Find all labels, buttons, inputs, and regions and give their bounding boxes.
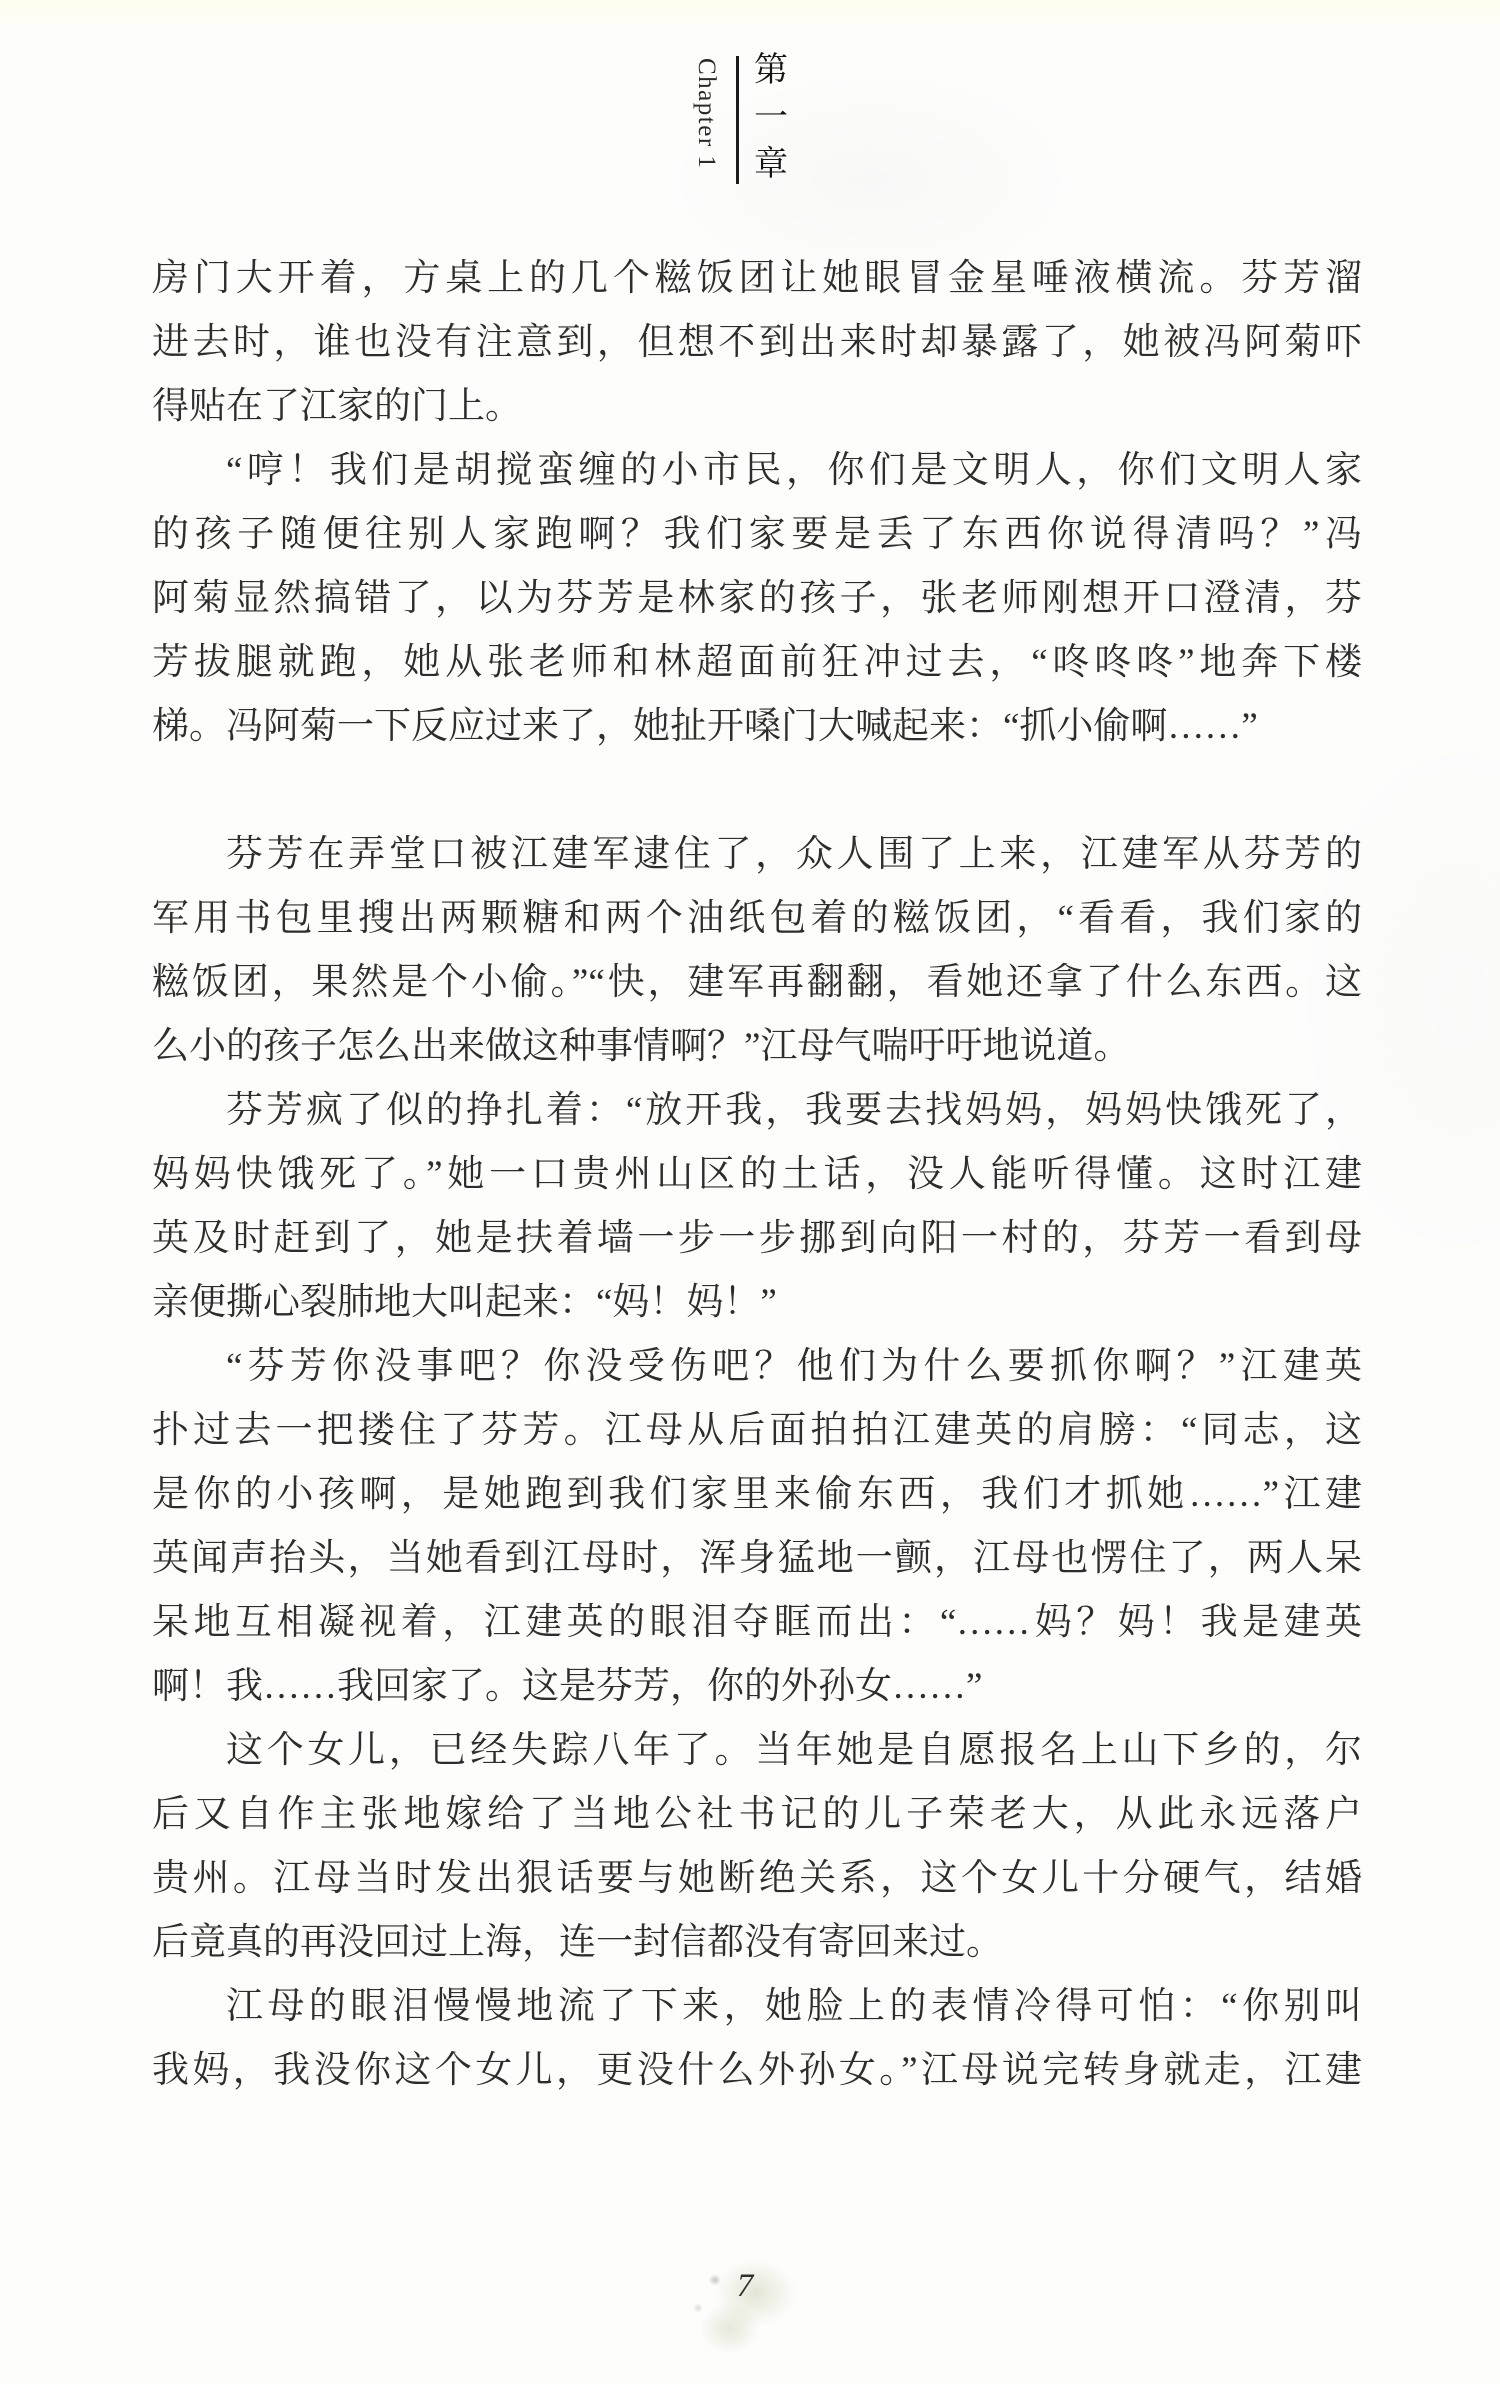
text-line: 英及时赶到了，她是扶着墙一步一步挪到向阳一村的，芬芳一看到母 [152,1207,1362,1271]
paragraph: “哼！我们是胡搅蛮缠的小市民，你们是文明人，你们文明人家 的孩子随便往别人家跑啊… [152,439,1362,759]
book-page: Chapter 1 第 一 章 房门大开着，方桌上的几个糍饭团让她眼冒金星唾液横… [0,0,1500,2384]
paragraph: 这个女儿，已经失踪八年了。当年她是自愿报名上山下乡的，尔 后又自作主张地嫁给了当… [152,1719,1362,1975]
text-line: 呆地互相凝视着，江建英的眼泪夺眶而出：“……妈？妈！我是建英 [152,1591,1362,1655]
paragraph: “芬芳你没事吧？你没受伤吧？他们为什么要抓你啊？”江建英 扑过去一把搂住了芬芳。… [152,1335,1362,1719]
chapter-header: Chapter 1 第 一 章 [692,52,788,184]
chapter-divider-line [736,56,739,184]
text-line: 糍饭团，果然是个小偷。”“快，建军再翻翻，看她还拿了什么东西。这 [152,951,1362,1015]
paragraph: 房门大开着，方桌上的几个糍饭团让她眼冒金星唾液横流。芬芳溜 进去时，谁也没有注意… [152,247,1362,439]
text-line: 是你的小孩啊，是她跑到我们家里来偷东西，我们才抓她……”江建 [152,1463,1362,1527]
page-number: 7 [695,2268,795,2305]
text-line: 我妈，我没你这个女儿，更没什么外孙女。”江母说完转身就走，江建 [152,2039,1362,2103]
chapter-char: 章 [754,148,788,182]
text-line: 妈妈快饿死了。”她一口贵州山区的土话，没人能听得懂。这时江建 [152,1143,1362,1207]
chapter-title-chinese: 第 一 章 [754,54,788,182]
text-line: 房门大开着，方桌上的几个糍饭团让她眼冒金星唾液横流。芬芳溜 [152,247,1362,311]
text-line: 芳拔腿就跑，她从张老师和林超面前狂冲过去，“咚咚咚”地奔下楼 [152,631,1362,695]
text-line: 梯。冯阿菊一下反应过来了，她扯开嗓门大喊起来：“抓小偷啊……” [152,695,1362,759]
text-line: 啊！我……我回家了。这是芬芳，你的外孙女……” [152,1655,1362,1719]
chapter-label-english: Chapter 1 [692,58,720,178]
text-line: 军用书包里搜出两颗糖和两个油纸包着的糍饭团，“看看，我们家的 [152,887,1362,951]
text-line: 贵州。江母当时发出狠话要与她断绝关系，这个女儿十分硬气，结婚 [152,1847,1362,1911]
text-line: 芬芳疯了似的挣扎着：“放开我，我要去找妈妈，妈妈快饿死了， [152,1079,1362,1143]
body-text: 房门大开着，方桌上的几个糍饭团让她眼冒金星唾液横流。芬芳溜 进去时，谁也没有注意… [152,247,1362,2103]
text-line: 芬芳在弄堂口被江建军逮住了，众人围了上来，江建军从芬芳的 [152,823,1362,887]
text-line: 的孩子随便往别人家跑啊？我们家要是丢了东西你说得清吗？”冯 [152,503,1362,567]
text-line: “芬芳你没事吧？你没受伤吧？他们为什么要抓你啊？”江建英 [152,1335,1362,1399]
paragraph: 芬芳在弄堂口被江建军逮住了，众人围了上来，江建军从芬芳的 军用书包里搜出两颗糖和… [152,823,1362,1079]
text-line: 后又自作主张地嫁给了当地公社书记的儿子荣老大，从此永远落户 [152,1783,1362,1847]
text-line: 后竟真的再没回过上海，连一封信都没有寄回来过。 [152,1911,1362,1975]
paragraph: 芬芳疯了似的挣扎着：“放开我，我要去找妈妈，妈妈快饿死了， 妈妈快饿死了。”她一… [152,1079,1362,1335]
text-line: 扑过去一把搂住了芬芳。江母从后面拍拍江建英的肩膀：“同志，这 [152,1399,1362,1463]
text-line: 江母的眼泪慢慢地流了下来，她脸上的表情冷得可怕：“你别叫 [152,1975,1362,2039]
text-line: 么小的孩子怎么出来做这种事情啊？”江母气喘吁吁地说道。 [152,1015,1362,1079]
text-line: 阿菊显然搞错了，以为芬芳是林家的孩子，张老师刚想开口澄清，芬 [152,567,1362,631]
text-line: 进去时，谁也没有注意到，但想不到出来时却暴露了，她被冯阿菊吓 [152,311,1362,375]
text-line: 得贴在了江家的门上。 [152,375,1362,439]
text-line: “哼！我们是胡搅蛮缠的小市民，你们是文明人，你们文明人家 [152,439,1362,503]
text-line: 这个女儿，已经失踪八年了。当年她是自愿报名上山下乡的，尔 [152,1719,1362,1783]
paragraph: 江母的眼泪慢慢地流了下来，她脸上的表情冷得可怕：“你别叫 我妈，我没你这个女儿，… [152,1975,1362,2103]
text-line: 英闻声抬头，当她看到江母时，浑身猛地一颤，江母也愣住了，两人呆 [152,1527,1362,1591]
text-line: 亲便撕心裂肺地大叫起来：“妈！妈！” [152,1271,1362,1335]
chapter-char: 第 [754,54,788,88]
chapter-char: 一 [754,101,788,135]
